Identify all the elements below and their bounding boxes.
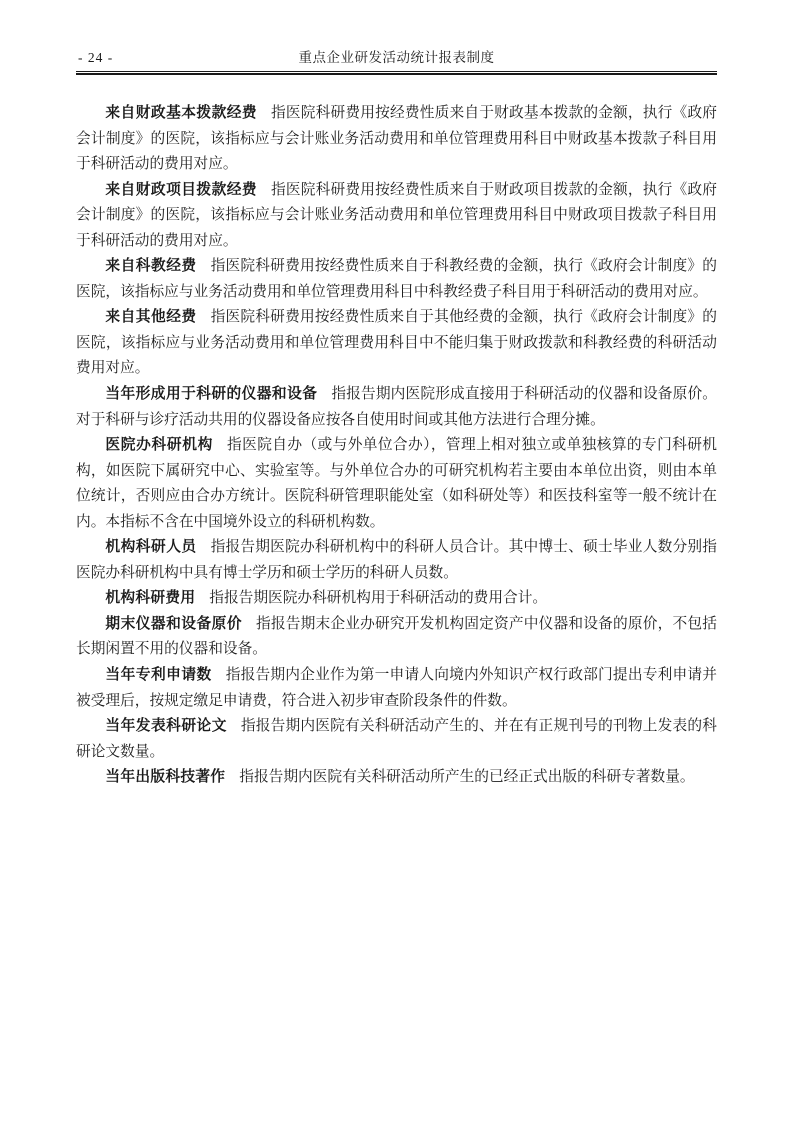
definition-paragraph: 机构科研人员指报告期医院办科研机构中的科研人员合计。其中博士、硕士毕业人数分别指… [76,535,717,586]
definition-paragraph: 来自财政基本拨款经费指医院科研费用按经费性质来自于财政基本拨款的金额，执行《政府… [76,101,717,178]
term-label: 医院办科研机构 [105,437,213,453]
term-label: 当年发表科研论文 [105,718,227,734]
definition-paragraph: 来自其他经费指医院科研费用按经费性质来自于其他经费的金额，执行《政府会计制度》的… [76,305,717,382]
definition-paragraph: 当年形成用于科研的仪器和设备指报告期内医院形成直接用于科研活动的仪器和设备原价。… [76,382,717,433]
definition-paragraph: 期末仪器和设备原价指报告期末企业办研究开发机构固定资产中仪器和设备的原价，不包括… [76,612,717,663]
definition-paragraph: 医院办科研机构指医院自办（或与外单位合办），管理上相对独立或单独核算的专门科研机… [76,433,717,535]
term-label: 来自财政项目拨款经费 [105,182,257,198]
definition-paragraph: 当年发表科研论文指报告期内医院有关科研活动产生的、并在有正规刊号的刊物上发表的科… [76,714,717,765]
term-definition: 指报告期内医院有关科研活动所产生的已经正式出版的科研专著数量。 [239,769,694,785]
term-label: 机构科研人员 [105,539,196,555]
term-label: 来自财政基本拨款经费 [105,105,257,121]
definition-paragraph: 来自科教经费指医院科研费用按经费性质来自于科教经费的金额，执行《政府会计制度》的… [76,254,717,305]
definition-paragraph: 当年专利申请数指报告期内企业作为第一申请人向境内外知识产权行政部门提出专利申请并… [76,663,717,714]
term-label: 当年形成用于科研的仪器和设备 [105,386,317,402]
term-label: 来自科教经费 [105,258,196,274]
document-page: - 24 - 重点企业研发活动统计报表制度 来自财政基本拨款经费指医院科研费用按… [0,0,793,1122]
term-label: 来自其他经费 [105,309,196,325]
term-label: 当年专利申请数 [105,667,211,683]
term-definition: 指报告期医院办科研机构用于科研活动的费用合计。 [209,590,547,606]
term-label: 当年出版科技著作 [105,769,225,785]
definition-paragraph: 当年出版科技著作指报告期内医院有关科研活动所产生的已经正式出版的科研专著数量。 [76,765,717,791]
document-body: 来自财政基本拨款经费指医院科研费用按经费性质来自于财政基本拨款的金额，执行《政府… [76,75,717,791]
header-title: 重点企业研发活动统计报表制度 [76,49,717,67]
term-label: 期末仪器和设备原价 [105,616,242,632]
definition-paragraph: 机构科研费用指报告期医院办科研机构用于科研活动的费用合计。 [76,586,717,612]
definition-paragraph: 来自财政项目拨款经费指医院科研费用按经费性质来自于财政项目拨款的金额，执行《政府… [76,178,717,255]
term-label: 机构科研费用 [105,590,195,606]
page-header: - 24 - 重点企业研发活动统计报表制度 [76,0,717,71]
